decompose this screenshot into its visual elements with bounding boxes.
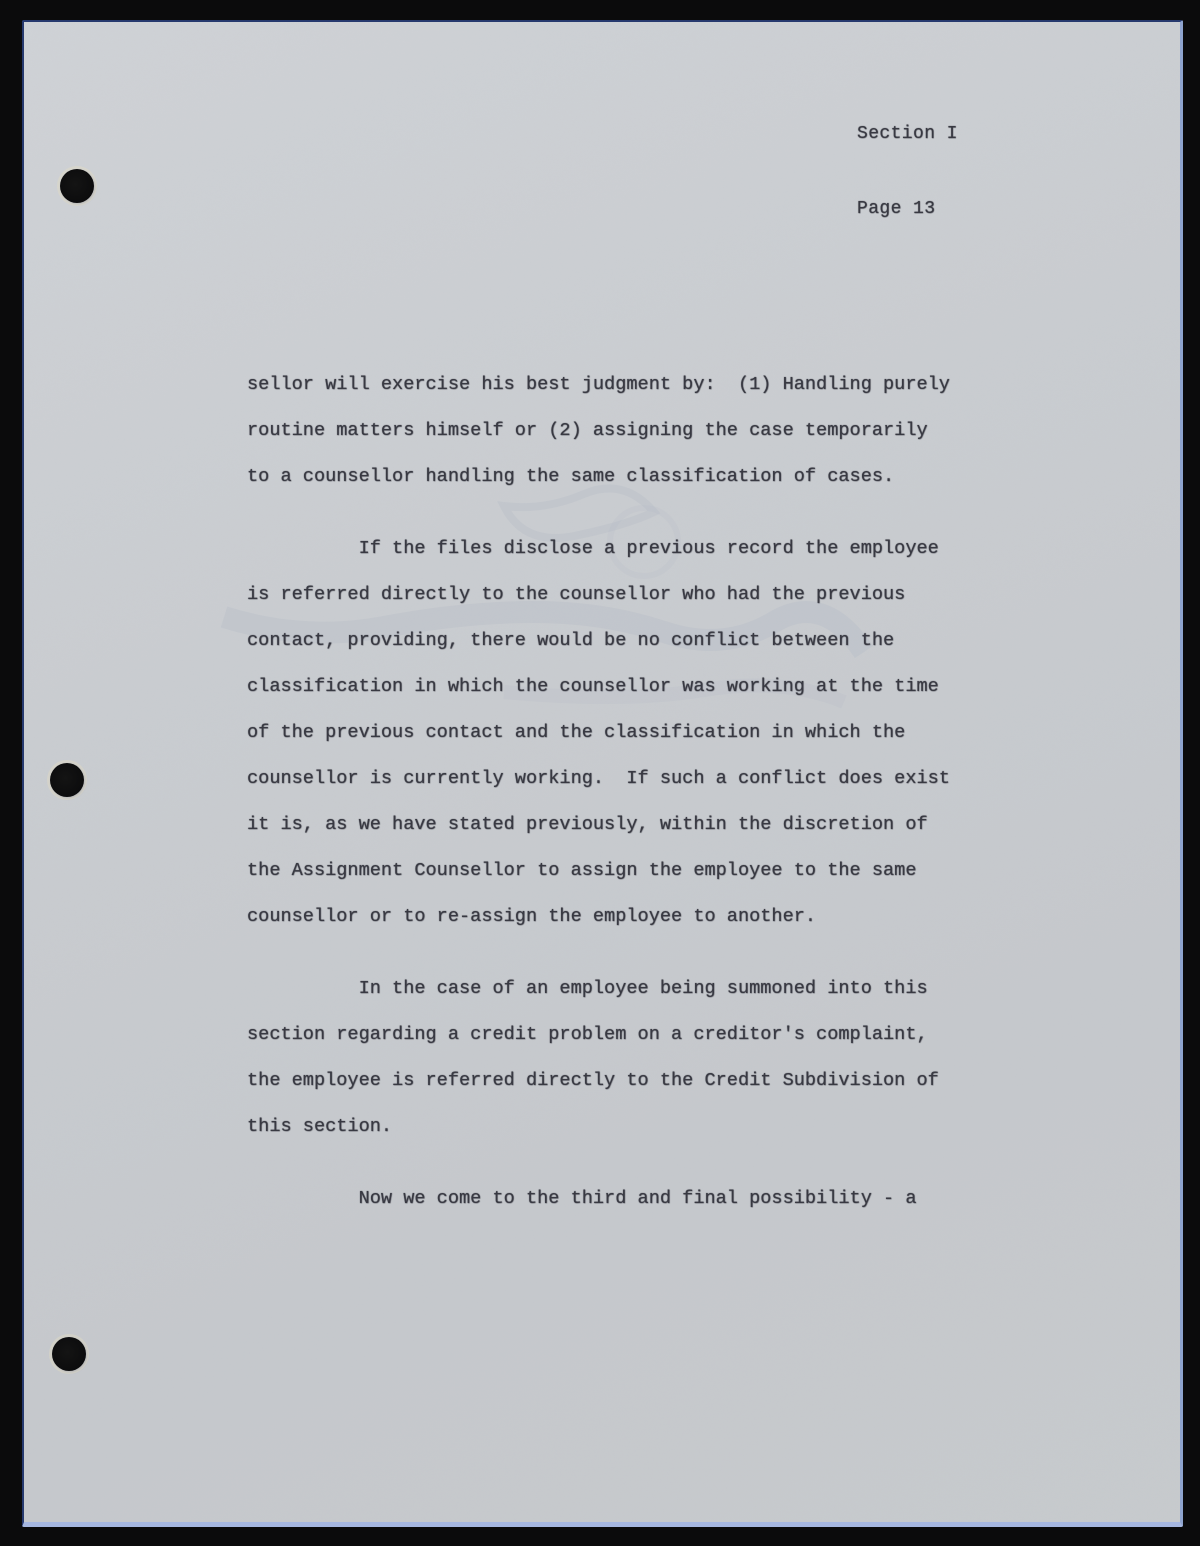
scanned-document-screenshot: { "document": { "kind": "scanned typewri… [0, 0, 1200, 1546]
typewritten-line: counsellor or to re-assign the employee … [247, 894, 1007, 940]
typewritten-line: section regarding a credit problem on a … [247, 1012, 1007, 1058]
paragraph: sellor will exercise his best judgment b… [247, 362, 1007, 500]
typewritten-line: this section. [247, 1104, 1007, 1150]
typewritten-line: routine matters himself or (2) assigning… [247, 408, 1007, 454]
paragraph: If the files disclose a previous record … [247, 526, 1007, 940]
document-page: Section I Page 13 sellor will exercise h… [22, 20, 1183, 1527]
typewritten-line: it is, as we have stated previously, wit… [247, 802, 1007, 848]
paragraph: Now we come to the third and final possi… [247, 1176, 1007, 1222]
typewritten-line: Now we come to the third and final possi… [247, 1176, 1007, 1222]
typewritten-line: is referred directly to the counsellor w… [247, 572, 1007, 618]
page-number-label: Page 13 [857, 197, 958, 222]
typewritten-line: the employee is referred directly to the… [247, 1058, 1007, 1104]
page-header: Section I Page 13 [857, 72, 958, 272]
typewritten-line: If the files disclose a previous record … [247, 526, 1007, 572]
typewritten-line: to a counsellor handling the same classi… [247, 454, 1007, 500]
typewritten-line: sellor will exercise his best judgment b… [247, 362, 1007, 408]
typewritten-line: the Assignment Counsellor to assign the … [247, 848, 1007, 894]
punch-hole-bottom [52, 1337, 86, 1371]
typewritten-line: In the case of an employee being summone… [247, 966, 1007, 1012]
typewritten-line: contact, providing, there would be no co… [247, 618, 1007, 664]
punch-hole-top [60, 169, 94, 203]
typewritten-line: counsellor is currently working. If such… [247, 756, 1007, 802]
paragraph: In the case of an employee being summone… [247, 966, 1007, 1150]
section-label: Section I [857, 122, 958, 147]
punch-hole-middle [50, 763, 84, 797]
typewritten-line: of the previous contact and the classifi… [247, 710, 1007, 756]
typewritten-line: classification in which the counsellor w… [247, 664, 1007, 710]
body-text: sellor will exercise his best judgment b… [247, 362, 1007, 1222]
